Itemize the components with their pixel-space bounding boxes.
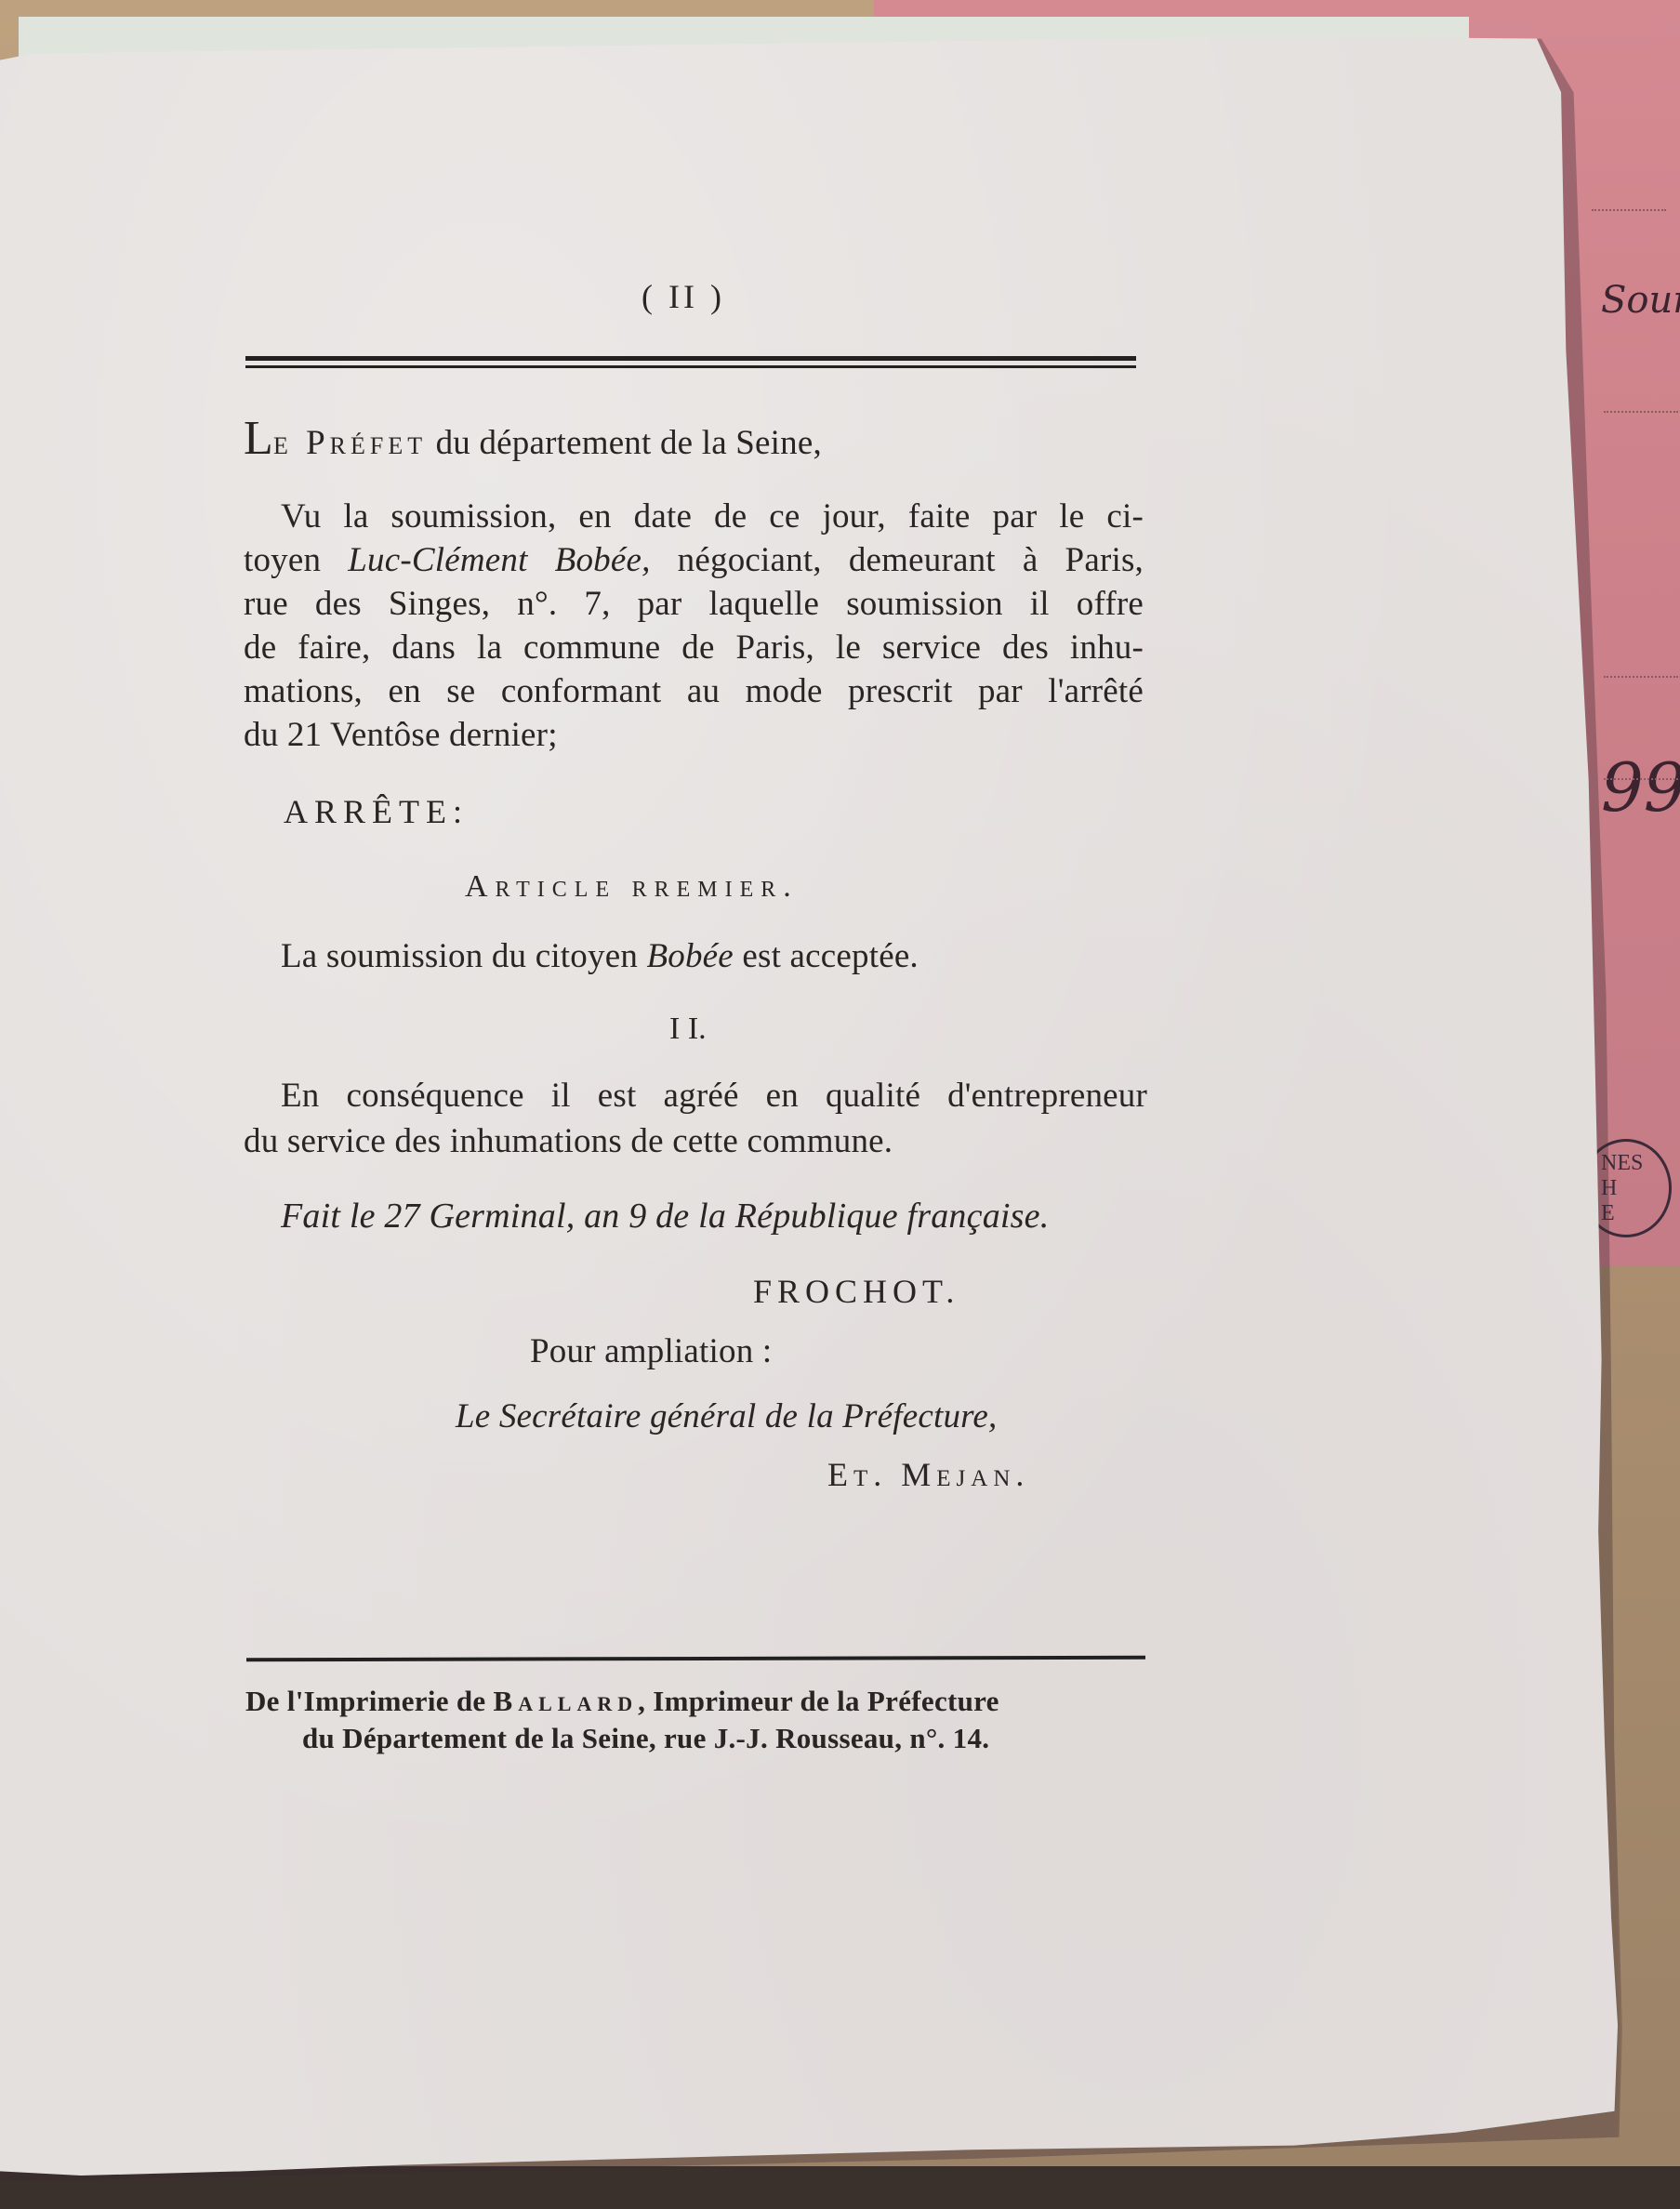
dotted-line xyxy=(1604,411,1678,413)
preamble-line-2: toyen Luc-Clément Bobée, négociant, deme… xyxy=(244,538,1144,582)
article-1-heading: Article rremier. xyxy=(465,869,799,905)
article-1-text: La soumission du citoyen Bobée est accep… xyxy=(281,934,919,978)
preamble-line-3: rue des Singes, n°. 7, par laquelle soum… xyxy=(244,582,1144,626)
heading-title: e Préfet xyxy=(273,424,427,462)
citizen-name: Luc-Clément Bobée, xyxy=(348,541,650,579)
preamble-line-5: mations, en se conformant au mode prescr… xyxy=(244,669,1144,713)
heading-initial: L xyxy=(244,412,273,465)
heading-continuation: du département de la Seine, xyxy=(427,424,822,462)
header-double-rule xyxy=(245,356,1136,368)
preamble-line-1: Vu la soumission, en date de ce jour, fa… xyxy=(281,495,1144,538)
preamble-line-6: du 21 Ventôse dernier; xyxy=(244,713,558,757)
secretary-name: Et. Mejan. xyxy=(827,1455,1029,1494)
page-number: ( II ) xyxy=(642,277,725,316)
article-2-line-1: En conséquence il est agréé en qualité d… xyxy=(281,1074,1147,1118)
preamble-line-4: de faire, dans la commune de Paris, le s… xyxy=(244,626,1144,669)
secretary-title: Le Secrétaire général de la Préfecture, xyxy=(456,1395,997,1438)
dotted-line xyxy=(1604,778,1678,780)
prefect-signature: FROCHOT. xyxy=(753,1272,959,1311)
article-2-line-2: du service des inhumations de cette comm… xyxy=(244,1119,893,1163)
dotted-line xyxy=(1592,209,1666,211)
handwriting-soum: Soum xyxy=(1601,279,1680,322)
imprint-line-1: De l'Imprimerie de Ballard, Imprimeur de… xyxy=(245,1683,999,1720)
certification-label: Pour ampliation : xyxy=(530,1329,772,1373)
decree-label: ARRÊTE: xyxy=(284,792,469,831)
handwriting-number: 99 xyxy=(1601,748,1680,827)
imprint-line-2: du Département de la Seine, rue J.-J. Ro… xyxy=(302,1720,989,1757)
dated-line: Fait le 27 Germinal, an 9 de la Républiq… xyxy=(281,1195,1049,1238)
dotted-line xyxy=(1604,676,1678,678)
printer-name: Ballard xyxy=(494,1685,639,1717)
heading: Le Préfet du département de la Seine, xyxy=(244,417,822,465)
article-2-heading: I I. xyxy=(669,1012,707,1047)
